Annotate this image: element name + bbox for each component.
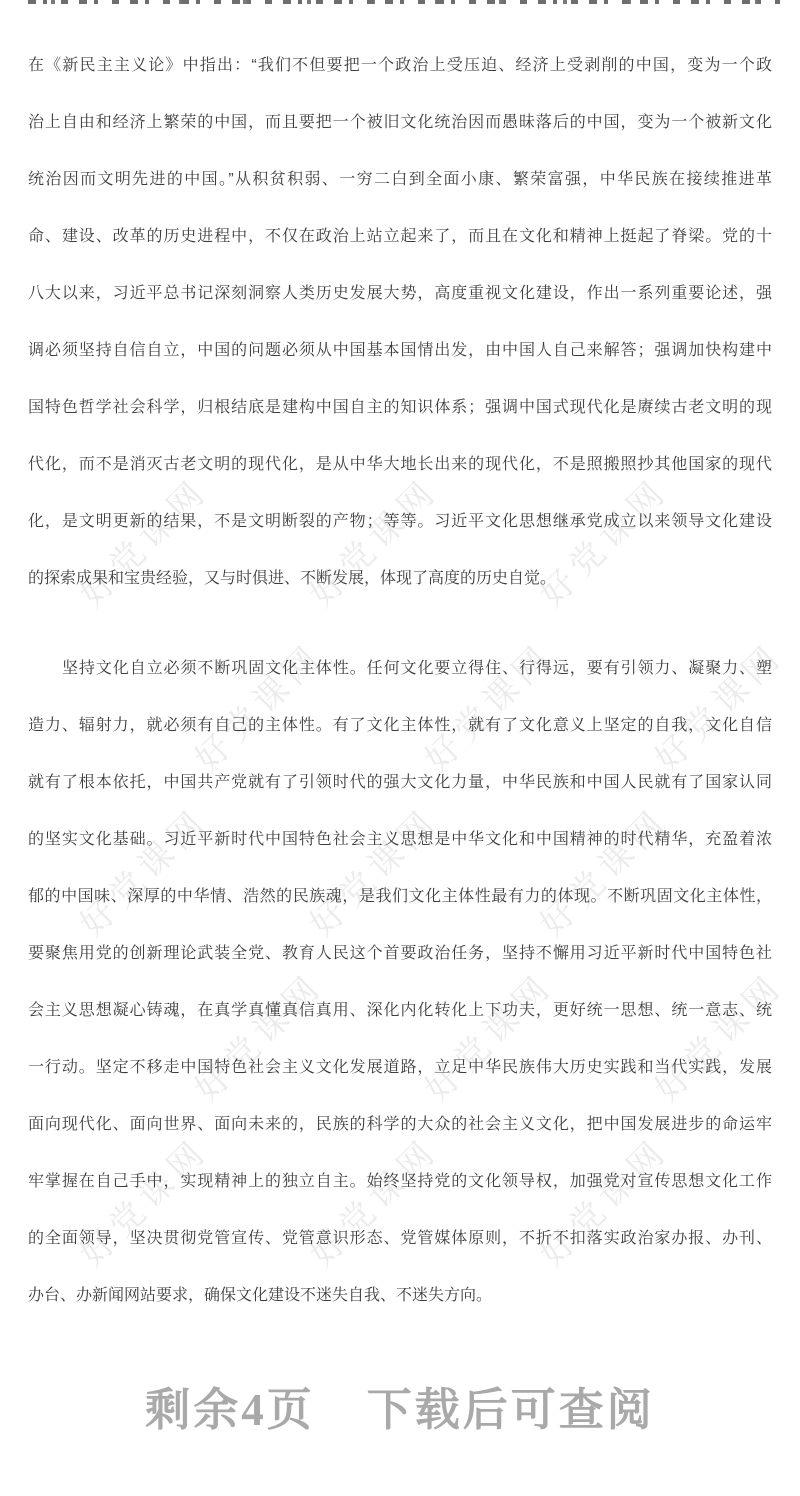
text-line: 代化，而不是消灭古老文明的现代化，是从中华大地长出来的现代化，不是照搬照抄其他国… (28, 436, 772, 493)
text-line: 在《新民主主义论》中指出：“我们不但要把一个政治上受压迫、经济上受剥削的中国，变… (28, 37, 772, 94)
text-line: 要聚焦用党的创新理论武装全党、教育人民这个首要政治任务，坚持不懈用习近平新时代中… (28, 925, 772, 982)
remaining-pages-label: 剩余4页 (145, 1385, 315, 1435)
text-line: 一行动。坚定不移走中国特色社会主义文化发展道路，立足中华民族伟大历史实践和当代实… (28, 1039, 772, 1096)
text-line: 国特色哲学社会科学，归根结底是建构中国自主的知识体系；强调中国式现代化是赓续古老… (28, 379, 772, 436)
text-line: 的全面领导，坚决贯彻党管宣传、党管意识形态、党管媒体原则，不折不扣落实政治家办报… (28, 1210, 772, 1267)
text-line: 就有了根本依托，中国共产党就有了引领时代的强大文化力量，中华民族和中国人民就有了… (28, 754, 772, 811)
download-hint-label: 下载后可查阅 (367, 1385, 655, 1435)
text-line: 治上自由和经济上繁荣的中国，而且要把一个被旧文化统治因而愚昧落后的中国，变为一个… (28, 94, 772, 151)
text-line: 化，是文明更新的结果，不是文明断裂的产物；等等。习近平文化思想继承党成立以来领导… (28, 493, 772, 550)
text-line: 命、建设、改革的历史进程中，不仅在政治上站立起来了，而且在文化和精神上挺起了脊梁… (28, 208, 772, 265)
text-line: 造力、辐射力，就必须有自己的主体性。有了文化主体性，就有了文化意义上坚定的自我，… (28, 697, 772, 754)
document-body: 在《新民主主义论》中指出：“我们不但要把一个政治上受压迫、经济上受剥削的中国，变… (28, 0, 772, 1324)
text-line: 八大以来，习近平总书记深刻洞察人类历史发展大势，高度重视文化建设，作出一系列重要… (28, 265, 772, 322)
text-line: 办台、办新闻网站要求，确保文化建设不迷失自我、不迷失方向。 (28, 1267, 772, 1324)
text-line: 统治因而文明先进的中国。”从积贫积弱、一穷二白到全面小康、繁荣富强，中华民族在接… (28, 151, 772, 208)
paragraph: 坚持文化自立必须不断巩固文化主体性。任何文化要立得住、行得远，要有引领力、凝聚力… (28, 640, 772, 1324)
remaining-pages-notice: 剩余4页下载后可查阅 (0, 1378, 800, 1442)
text-line: 会主义思想凝心铸魂，在真学真懂真信真用、深化内化转化上下功夫，更好统一思想、统一… (28, 982, 772, 1039)
paragraph: 在《新民主主义论》中指出：“我们不但要把一个政治上受压迫、经济上受剥削的中国，变… (28, 37, 772, 607)
text-line: 坚持文化自立必须不断巩固文化主体性。任何文化要立得住、行得远，要有引领力、凝聚力… (28, 640, 772, 697)
text-line: 调必须坚持自信自立，中国的问题必须从中国基本国情出发，由中国人自己来解答；强调加… (28, 322, 772, 379)
text-line: 面向现代化、面向世界、面向未来的，民族的科学的大众的社会主义文化，把中国发展进步… (28, 1096, 772, 1153)
document-page: 好党课网好党课网好党课网好党课网好党课网好党课网好党课网好党课网好党课网好党课网… (0, 0, 800, 1496)
text-line: 牢掌握在自己手中，实现精神上的独立自主。始终坚持党的文化领导权，加强党对宣传思想… (28, 1153, 772, 1210)
text-line: 的探索成果和宝贵经验，又与时俱进、不断发展，体现了高度的历史自觉。 (28, 550, 772, 607)
text-line: 郁的中国味、深厚的中华情、浩然的民族魂，是我们文化主体性最有力的体现。不断巩固文… (28, 868, 772, 925)
text-line: 的坚实文化基础。习近平新时代中国特色社会主义思想是中华文化和中国精神的时代精华，… (28, 811, 772, 868)
